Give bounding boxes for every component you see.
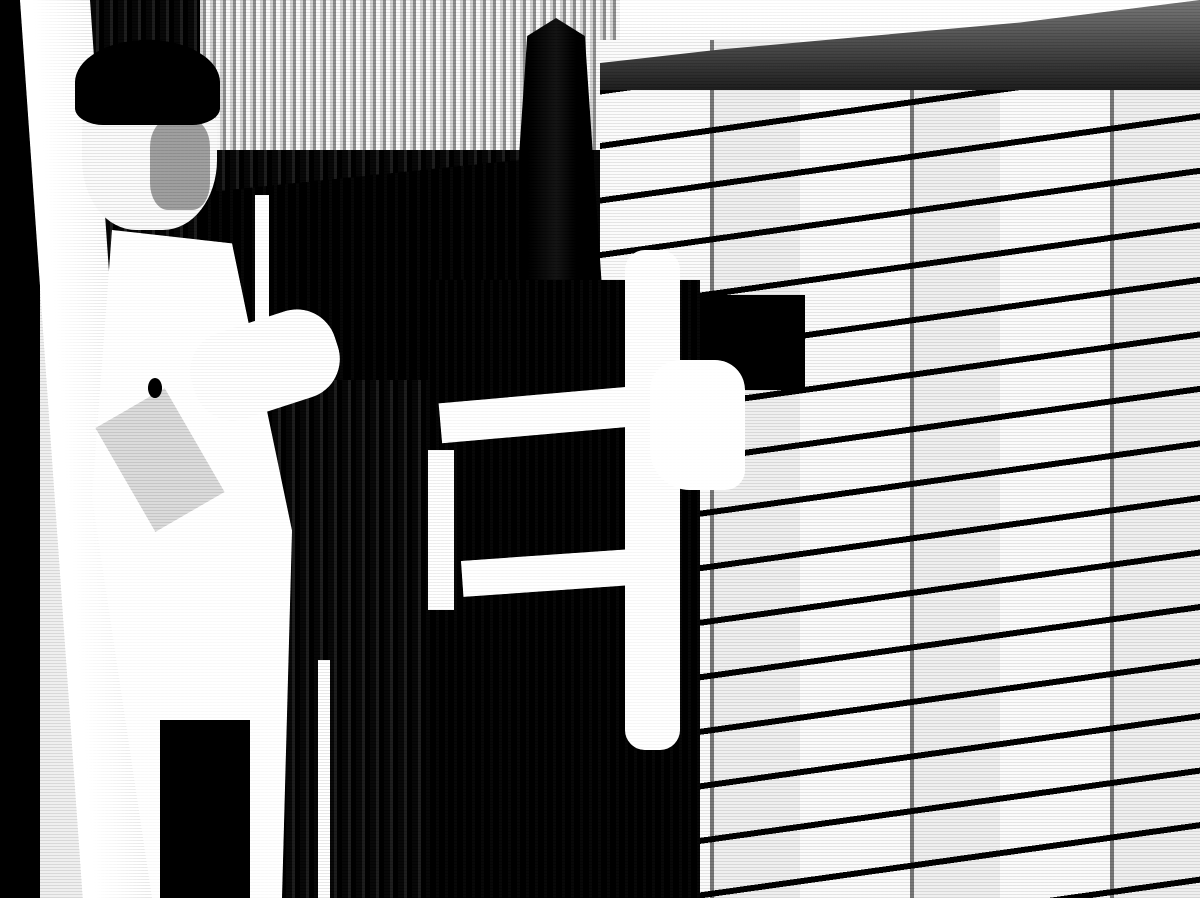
newspaper-photo: A man in a light coat stands at left hol…	[0, 0, 1200, 898]
halftone-grain	[0, 0, 1200, 898]
